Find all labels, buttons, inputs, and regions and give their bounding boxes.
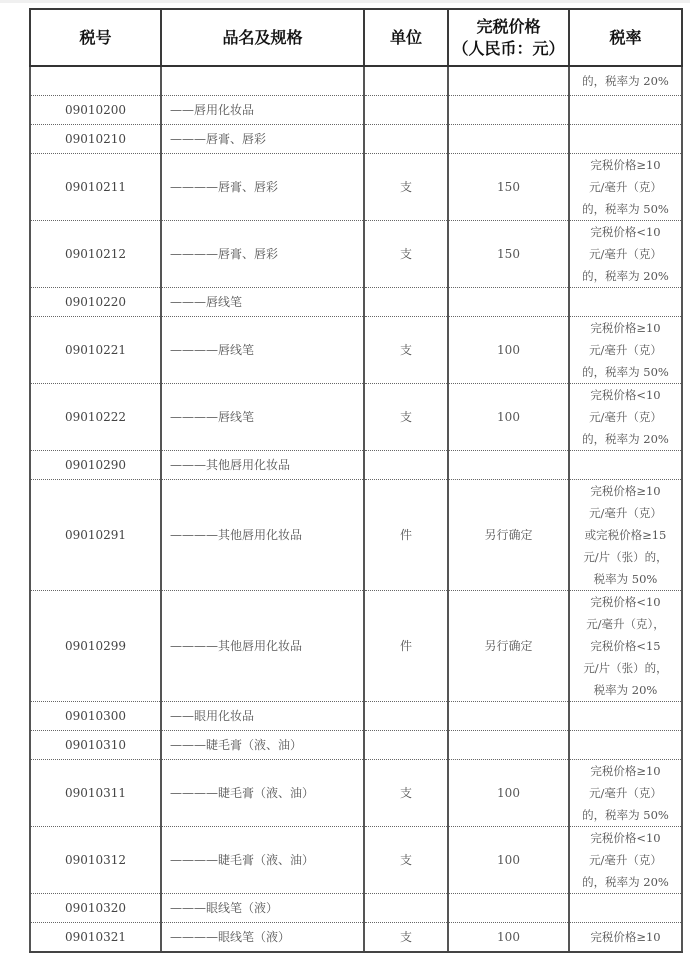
tax-rate-line: 完税价格≥10 [570, 760, 681, 782]
unit-cell: 件 [364, 480, 448, 591]
duty-price-cell [448, 894, 569, 923]
unit-cell [364, 731, 448, 760]
duty-price-cell [448, 125, 569, 154]
item-name-cell: ————睫毛膏（液、油） [161, 760, 364, 827]
unit-cell [364, 894, 448, 923]
tax-rate-cell [569, 894, 682, 923]
table-row: 09010291————其他唇用化妆品件另行确定完税价格≥10元/毫升（克）或完… [30, 480, 682, 591]
item-name-cell: ——唇用化妆品 [161, 96, 364, 125]
unit-cell: 件 [364, 591, 448, 702]
tax-code-cell: 09010312 [30, 827, 161, 894]
unit-cell [364, 288, 448, 317]
tax-rate-cell [569, 96, 682, 125]
tax-code-cell: 09010291 [30, 480, 161, 591]
tax-code-cell [30, 66, 161, 96]
tax-rate-line: 完税价格<15 [570, 635, 681, 657]
duty-price-cell: 100 [448, 760, 569, 827]
top-divider [0, 0, 690, 3]
duty-price-cell: 150 [448, 221, 569, 288]
item-name-cell: ———其他唇用化妆品 [161, 451, 364, 480]
tax-rate-line: 的，税率为 50% [570, 361, 681, 383]
tax-rate-line: 完税价格≥10 [570, 926, 681, 948]
item-name-cell: ————唇膏、唇彩 [161, 154, 364, 221]
tax-rate-line: 元/毫升（克）， [570, 613, 681, 635]
item-name-cell: ————唇线笔 [161, 317, 364, 384]
item-name-cell: ————其他唇用化妆品 [161, 591, 364, 702]
duty-price-cell [448, 451, 569, 480]
tax-code-cell: 09010321 [30, 923, 161, 953]
table-row: 09010222————唇线笔支100完税价格<10元/毫升（克）的，税率为 2… [30, 384, 682, 451]
tax-rate-cell: 完税价格≥10元/毫升（克）的，税率为 50% [569, 760, 682, 827]
duty-price-cell: 100 [448, 384, 569, 451]
tax-rate-cell [569, 702, 682, 731]
table-row: 09010300——眼用化妆品 [30, 702, 682, 731]
tax-rate-line: 完税价格<10 [570, 221, 681, 243]
unit-cell: 支 [364, 154, 448, 221]
header-duty-price-line2: （人民币：元） [449, 38, 568, 60]
tax-code-cell: 09010290 [30, 451, 161, 480]
tax-rate-line: 元/片（张）的， [570, 657, 681, 679]
tax-rate-line: 完税价格≥10 [570, 317, 681, 339]
tax-rate-line: 元/毫升（克） [570, 243, 681, 265]
header-tax-rate: 税率 [569, 9, 682, 66]
tax-code-cell: 09010222 [30, 384, 161, 451]
unit-cell: 支 [364, 760, 448, 827]
tax-rate-line: 元/毫升（克） [570, 502, 681, 524]
duty-price-cell: 另行确定 [448, 480, 569, 591]
item-name-cell: ————眼线笔（液） [161, 923, 364, 953]
tax-code-cell: 09010221 [30, 317, 161, 384]
tax-code-cell: 09010200 [30, 96, 161, 125]
unit-cell: 支 [364, 221, 448, 288]
tax-rate-line: 元/毫升（克） [570, 176, 681, 198]
unit-cell: 支 [364, 384, 448, 451]
table-row: 09010200——唇用化妆品 [30, 96, 682, 125]
tax-rate-line: 完税价格≥10 [570, 154, 681, 176]
item-name-cell [161, 66, 364, 96]
duty-price-cell [448, 731, 569, 760]
tax-rate-cell: 完税价格≥10 [569, 923, 682, 953]
header-duty-price: 完税价格 （人民币：元） [448, 9, 569, 66]
duty-price-cell [448, 288, 569, 317]
header-duty-price-line1: 完税价格 [449, 16, 568, 38]
tax-rate-line: 的，税率为 20% [570, 70, 681, 92]
tax-rate-cell: 完税价格<10元/毫升（克）的，税率为 20% [569, 384, 682, 451]
tax-code-cell: 09010310 [30, 731, 161, 760]
duty-price-cell: 100 [448, 923, 569, 953]
tax-rate-cell: 完税价格≥10元/毫升（克）的，税率为 50% [569, 154, 682, 221]
duty-price-cell: 100 [448, 317, 569, 384]
tax-code-cell: 09010220 [30, 288, 161, 317]
unit-cell [364, 96, 448, 125]
tax-rate-line: 完税价格<10 [570, 591, 681, 613]
table-row: 09010220———唇线笔 [30, 288, 682, 317]
tax-code-cell: 09010300 [30, 702, 161, 731]
tax-rate-cell: 完税价格<10元/毫升（克）的，税率为 20% [569, 221, 682, 288]
item-name-cell: ——眼用化妆品 [161, 702, 364, 731]
duty-price-cell [448, 96, 569, 125]
unit-cell: 支 [364, 923, 448, 953]
duty-price-cell: 另行确定 [448, 591, 569, 702]
header-unit: 单位 [364, 9, 448, 66]
item-name-cell: ———眼线笔（液） [161, 894, 364, 923]
unit-cell [364, 125, 448, 154]
unit-cell: 支 [364, 827, 448, 894]
tax-rate-cell: 完税价格<10元/毫升（克），完税价格<15元/片（张）的，税率为 20% [569, 591, 682, 702]
table-row: 09010321————眼线笔（液）支100完税价格≥10 [30, 923, 682, 953]
tax-rate-cell: 完税价格<10元/毫升（克）的，税率为 20% [569, 827, 682, 894]
tax-code-cell: 09010212 [30, 221, 161, 288]
tax-rate-cell: 完税价格≥10元/毫升（克）的，税率为 50% [569, 317, 682, 384]
header-item-name: 品名及规格 [161, 9, 364, 66]
tax-rate-line: 的，税率为 50% [570, 804, 681, 826]
item-name-cell: ————其他唇用化妆品 [161, 480, 364, 591]
unit-cell [364, 451, 448, 480]
tax-rate-line: 元/片（张）的， [570, 546, 681, 568]
tax-rate-line: 完税价格<10 [570, 827, 681, 849]
header-tax-code: 税号 [30, 9, 161, 66]
tax-rate-line: 税率为 50% [570, 568, 681, 590]
tax-rate-line: 元/毫升（克） [570, 782, 681, 804]
table-row: 09010299————其他唇用化妆品件另行确定完税价格<10元/毫升（克），完… [30, 591, 682, 702]
item-name-cell: ———睫毛膏（液、油） [161, 731, 364, 760]
item-name-cell: ————唇膏、唇彩 [161, 221, 364, 288]
table-row: 09010311————睫毛膏（液、油）支100完税价格≥10元/毫升（克）的，… [30, 760, 682, 827]
table-row: 09010290———其他唇用化妆品 [30, 451, 682, 480]
table-row: 的，税率为 20% [30, 66, 682, 96]
tax-rate-line: 或完税价格≥15 [570, 524, 681, 546]
table-row: 09010212————唇膏、唇彩支150完税价格<10元/毫升（克）的，税率为… [30, 221, 682, 288]
tax-rate-cell [569, 288, 682, 317]
item-name-cell: ————睫毛膏（液、油） [161, 827, 364, 894]
duty-price-cell: 150 [448, 154, 569, 221]
tax-rate-line: 的，税率为 20% [570, 871, 681, 893]
tax-code-cell: 09010211 [30, 154, 161, 221]
tax-rate-line: 完税价格≥10 [570, 480, 681, 502]
tax-rate-line: 元/毫升（克） [570, 406, 681, 428]
tax-rate-line: 完税价格<10 [570, 384, 681, 406]
table-row: 09010211————唇膏、唇彩支150完税价格≥10元/毫升（克）的，税率为… [30, 154, 682, 221]
tax-rate-table: 税号 品名及规格 单位 完税价格 （人民币：元） 税率 的，税率为 20%090… [29, 8, 683, 953]
table-row: 09010221————唇线笔支100完税价格≥10元/毫升（克）的，税率为 5… [30, 317, 682, 384]
tax-rate-cell: 完税价格≥10元/毫升（克）或完税价格≥15元/片（张）的，税率为 50% [569, 480, 682, 591]
unit-cell: 支 [364, 317, 448, 384]
table-row: 09010210———唇膏、唇彩 [30, 125, 682, 154]
item-name-cell: ————唇线笔 [161, 384, 364, 451]
table-row: 09010320———眼线笔（液） [30, 894, 682, 923]
unit-cell [364, 66, 448, 96]
tax-rate-line: 税率为 20% [570, 679, 681, 701]
tax-code-cell: 09010311 [30, 760, 161, 827]
tax-rate-line: 的，税率为 50% [570, 198, 681, 220]
table-row: 09010310———睫毛膏（液、油） [30, 731, 682, 760]
tax-rate-line: 元/毫升（克） [570, 339, 681, 361]
item-name-cell: ———唇线笔 [161, 288, 364, 317]
unit-cell [364, 702, 448, 731]
table-row: 09010312————睫毛膏（液、油）支100完税价格<10元/毫升（克）的，… [30, 827, 682, 894]
tax-rate-cell [569, 451, 682, 480]
tax-code-cell: 09010320 [30, 894, 161, 923]
tax-code-cell: 09010299 [30, 591, 161, 702]
tax-rate-line: 的，税率为 20% [570, 265, 681, 287]
tax-code-cell: 09010210 [30, 125, 161, 154]
duty-price-cell [448, 702, 569, 731]
tax-rate-cell: 的，税率为 20% [569, 66, 682, 96]
tax-rate-line: 的，税率为 20% [570, 428, 681, 450]
tax-rate-cell [569, 125, 682, 154]
tax-rate-line: 元/毫升（克） [570, 849, 681, 871]
item-name-cell: ———唇膏、唇彩 [161, 125, 364, 154]
tax-rate-cell [569, 731, 682, 760]
table-header-row: 税号 品名及规格 单位 完税价格 （人民币：元） 税率 [30, 9, 682, 66]
duty-price-cell: 100 [448, 827, 569, 894]
duty-price-cell [448, 66, 569, 96]
